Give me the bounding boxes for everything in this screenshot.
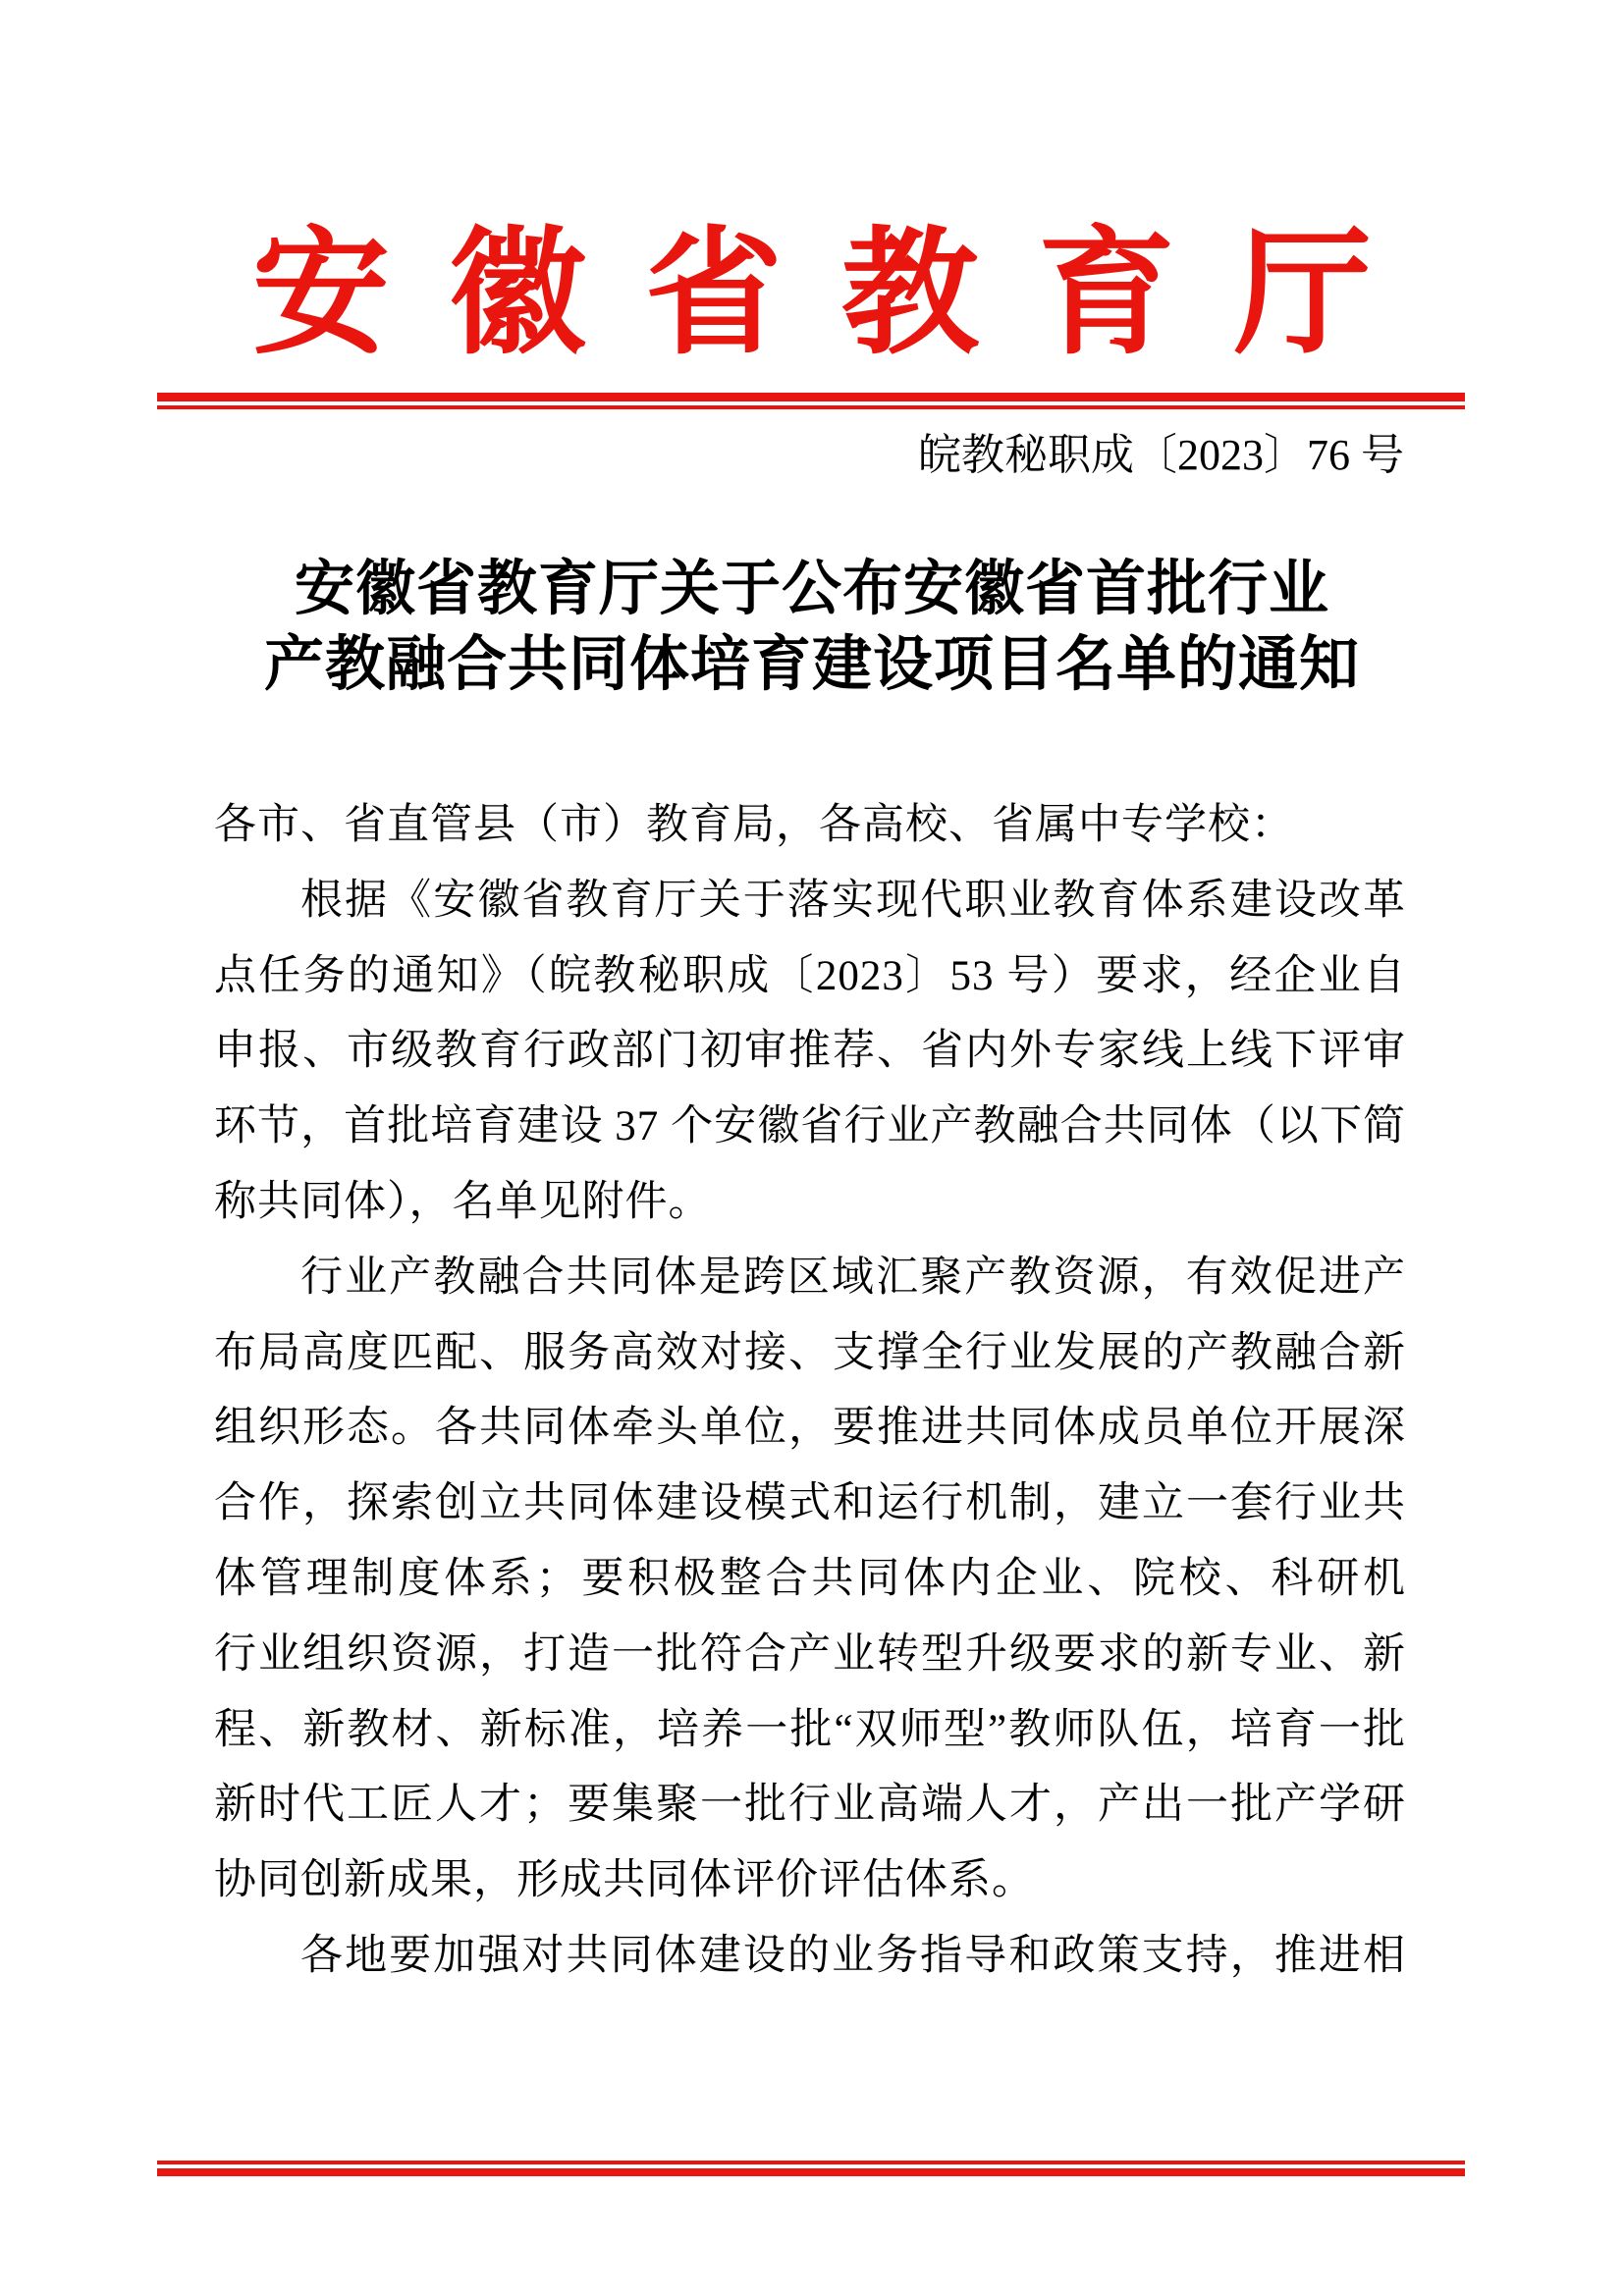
body-text-line-12: 行业组织资源，打造一批符合产业转型升级要求的新专业、新课 [214, 1618, 1406, 1693]
body-text-line-10: 合作，探索创立共同体建设模式和运行机制，建立一套行业共同 [214, 1467, 1406, 1542]
header-divider-thick-line [157, 393, 1465, 401]
body-text-line-5: 环节，首批培育建设 37 个安徽省行业产教融合共同体（以下简 [214, 1090, 1406, 1165]
footer-divider-thin-line [157, 2161, 1465, 2164]
document-number: 皖教秘职成〔2023〕76 号 [918, 429, 1404, 482]
body-text-line-11: 体管理制度体系；要积极整合共同体内企业、院校、科研机构、 [214, 1542, 1406, 1618]
body-text-line-8: 布局高度匹配、服务高效对接、支撑全行业发展的产教融合新型 [214, 1316, 1406, 1392]
body-text-line-3: 点任务的通知》（皖教秘职成〔2023〕53 号）要求，经企业自愿 [214, 939, 1406, 1015]
footer-divider-thick-line [157, 2168, 1465, 2176]
body-text-line-13: 程、新教材、新标准，培养一批“双师型”教师队伍，培育一批 [214, 1693, 1406, 1769]
body-text-line-9: 组织形态。各共同体牵头单位，要推进共同体成员单位开展深度 [214, 1391, 1406, 1467]
body-text-line-7: 行业产教融合共同体是跨区域汇聚产教资源，有效促进产教 [214, 1241, 1406, 1316]
body-text-line-2: 根据《安徽省教育厅关于落实现代职业教育体系建设改革重 [214, 864, 1406, 939]
title-line-2: 产教融合共同体培育建设项目名单的通知 [0, 627, 1624, 703]
body-text-line-14: 新时代工匠人才；要集聚一批行业高端人才，产出一批产学研用 [214, 1768, 1406, 1843]
title-line-1: 安徽省教育厅关于公布安徽省首批行业 [0, 552, 1624, 627]
body-text-line-15: 协同创新成果，形成共同体评价评估体系。 [214, 1843, 1406, 1919]
body-text-line-16: 各地要加强对共同体建设的业务指导和政策支持，推进相关 [214, 1919, 1406, 1995]
document-page: 安徽省教育厅 皖教秘职成〔2023〕76 号 安徽省教育厅关于公布安徽省首批行业… [0, 0, 1624, 2296]
body-text-line-4: 申报、市级教育行政部门初审推荐、省内外专家线上线下评审等 [214, 1014, 1406, 1090]
document-body: 各市、省直管县（市）教育局，各高校、省属中专学校：根据《安徽省教育厅关于落实现代… [214, 788, 1406, 1995]
body-text-line-6: 称共同体），名单见附件。 [214, 1165, 1406, 1241]
agency-name-header: 安徽省教育厅 [0, 222, 1624, 369]
header-divider-thin-line [157, 405, 1465, 409]
body-text-line-1: 各市、省直管县（市）教育局，各高校、省属中专学校： [214, 788, 1406, 864]
document-title: 安徽省教育厅关于公布安徽省首批行业 产教融合共同体培育建设项目名单的通知 [0, 552, 1624, 703]
